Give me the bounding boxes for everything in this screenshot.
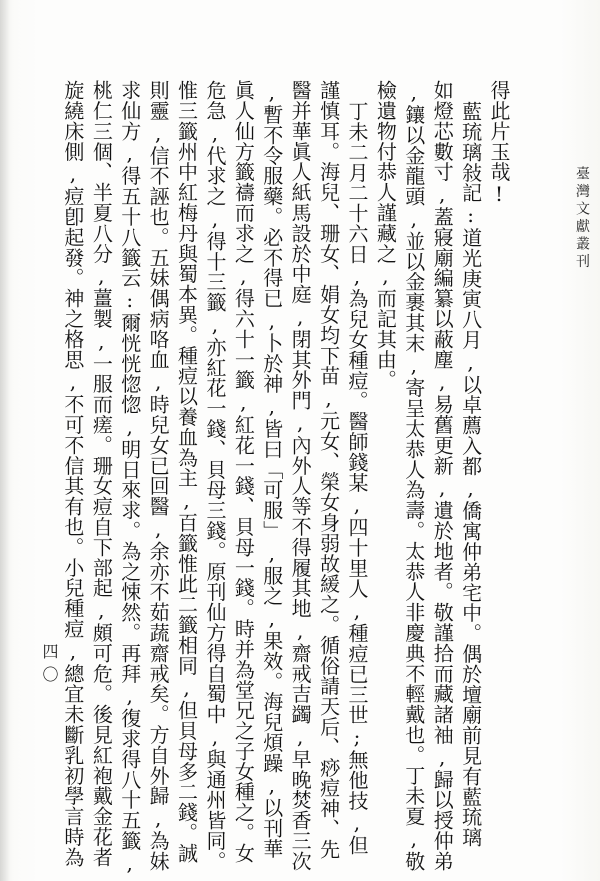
page-fold-shadow (0, 0, 10, 881)
page-number: 四〇 (38, 643, 61, 689)
text-column-13: 則靈,信不誣也。五妹偶病咯血,時兒女已回醫,余亦不茹蔬齋戒矣。方自外歸,為妹 (144, 80, 172, 862)
text-column-15: 桃仁三個、半夏八分,薑製,一服而瘥。珊女痘自下部起,頗可危。後見紅袍戴金花者 (87, 80, 115, 862)
text-column-14: 求仙方,得五十八籤云:爾恍恍惚惚,明日來求。為之悚然。再拜,復求得八十五籤, (115, 80, 143, 862)
text-column-1: 得此片玉哉! (485, 80, 513, 862)
text-column-5: 檢遺物付恭人謹藏之,而記其由。 (371, 80, 399, 862)
text-column-10: 眞人仙方籤禱而求之,得六十一籤,紅花一錢、貝母一錢。時并為堂兄之子女種之。女 (229, 80, 257, 862)
scanned-book-page: 臺灣文獻叢刊 得此片玉哉! 藍琉璃敍記:道光庚寅八月,以卓薦入都,僑寓仲弟宅中。… (0, 0, 600, 881)
text-column-16: 旋繞床側,痘卽起發。神之格思,不可不信其有也。小兒種痘,總宜未斷乳初學言時為 (59, 80, 87, 862)
text-column-4: ,鑲以金龍頭,並以金裹其末,寄呈太恭人為壽。太恭人非慶典不輕戴也。丁未夏,敬 (399, 80, 427, 862)
text-column-7: 謹慎耳。海兒、珊女、娟女均下苗,元女、榮女身弱故緩之。循俗請天后、痧痘神、先 (314, 80, 342, 862)
text-column-12: 惟三籤州中紅梅丹與蜀本異。種痘以養血為主,百籤惟此二籤相同,但貝母多二錢。誠 (172, 80, 200, 862)
text-column-9: ,暫不令服藥。必不得已,卜於神,皆曰「可服」,服之,果效。海兒煩躁,以刊華 (257, 80, 285, 862)
text-column-6: 丁未二月二十六日,為兒女種痘。醫師錢某,四十里人,種痘已三世;無他技,但 (343, 80, 371, 862)
text-column-2: 藍琉璃敍記:道光庚寅八月,以卓薦入都,僑寓仲弟宅中。偶於壇廟前見有藍琉璃 (456, 80, 484, 862)
running-title: 臺灣文獻叢刊 (572, 166, 592, 271)
text-column-3: 如燈芯數寸,蓋寢廟編纂以蔽塵,易舊更新,遺於地者。敬謹拾而藏諸袖,歸以授仲弟 (428, 80, 456, 862)
text-column-8: 醫并華眞人紙馬設於中庭,閉其外門,內外人等不得履其地,齋戒吉蠲,早晚焚香三次 (286, 80, 314, 862)
text-column-11: 危急,代求之,得十三籤,亦紅花一錢、貝母三錢。原刊仙方得自蜀中,與通州皆同。 (201, 80, 229, 862)
vertical-text-body: 得此片玉哉! 藍琉璃敍記:道光庚寅八月,以卓薦入都,僑寓仲弟宅中。偶於壇廟前見有… (57, 80, 513, 862)
